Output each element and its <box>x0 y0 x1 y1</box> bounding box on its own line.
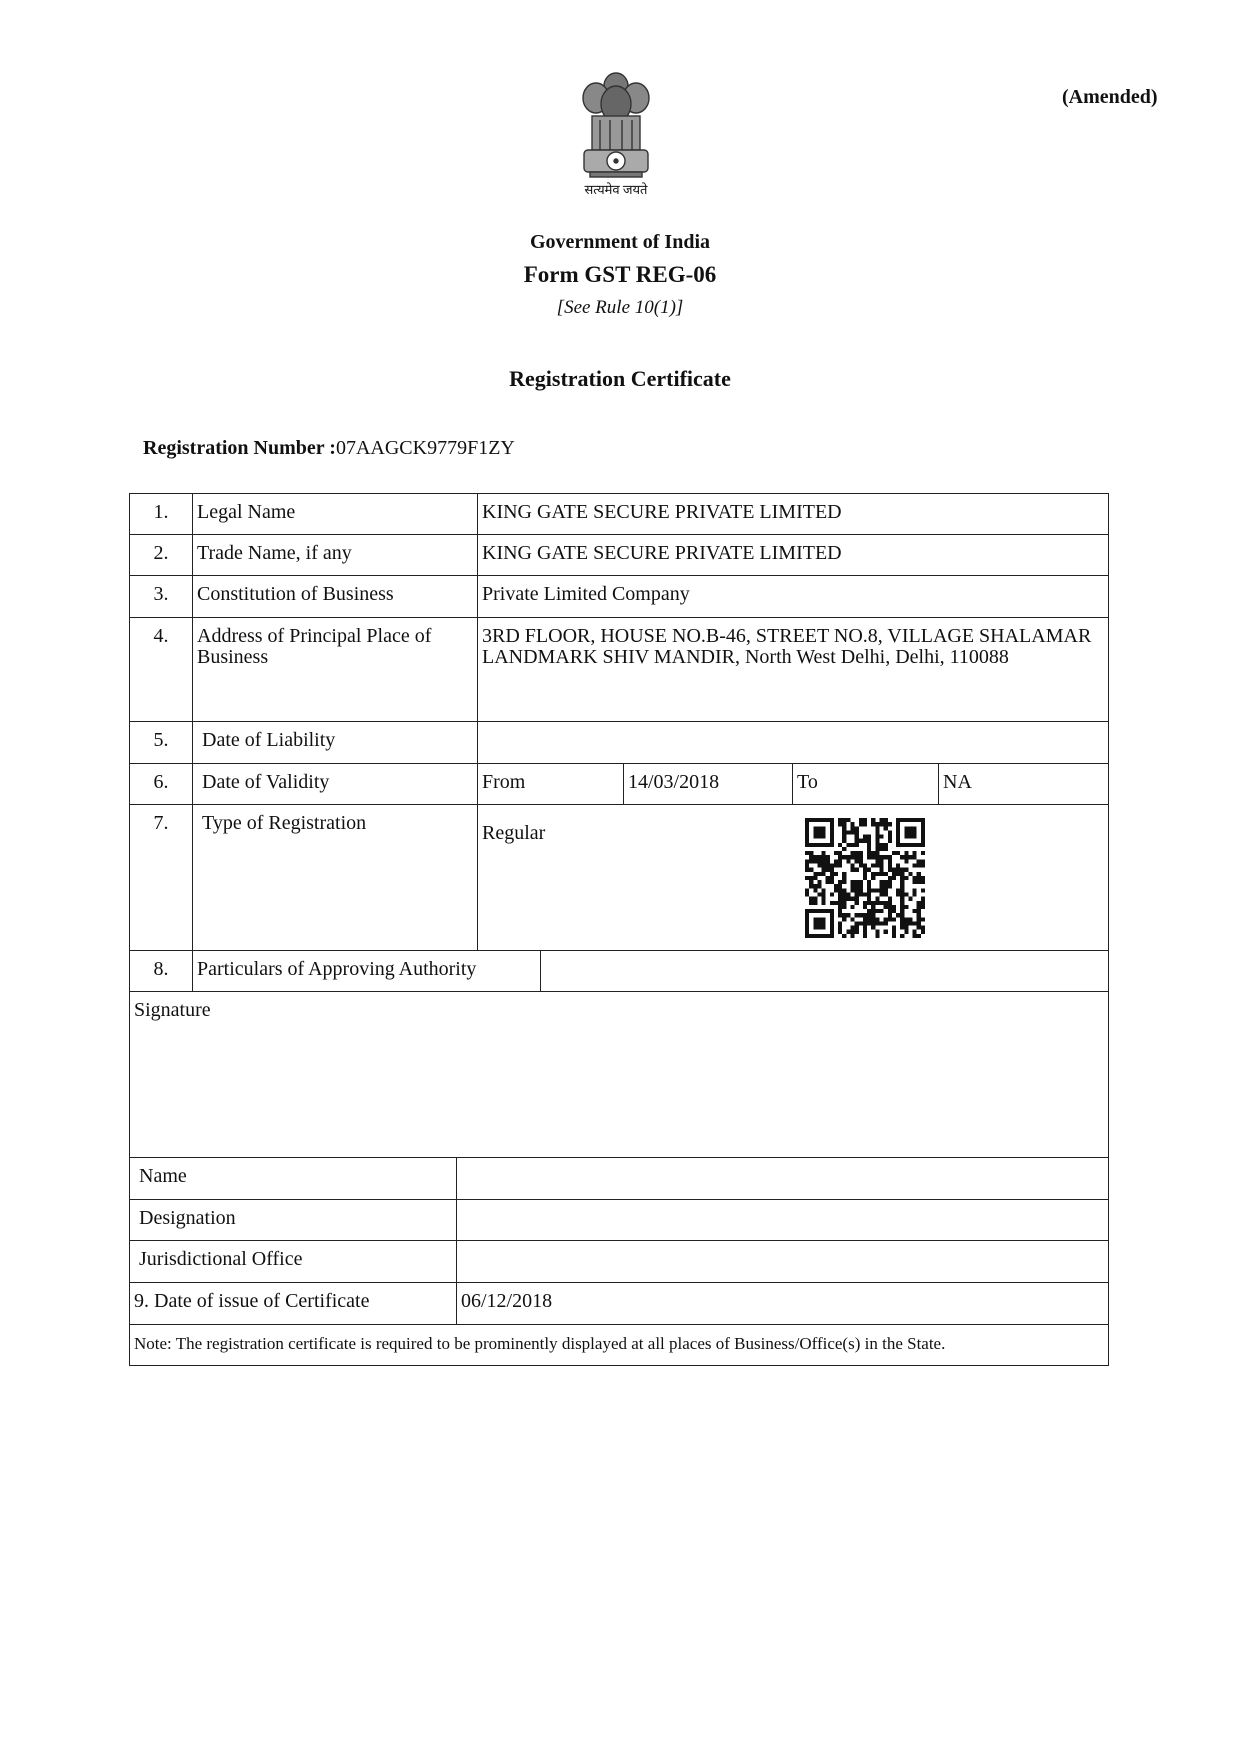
designation-label: Designation <box>129 1199 457 1241</box>
row-number: 2. <box>129 534 193 576</box>
constitution-value: Private Limited Company <box>477 575 1109 618</box>
row-number: 1. <box>129 493 193 535</box>
national-emblem-icon <box>578 64 654 198</box>
amended-label: (Amended) <box>1062 86 1158 109</box>
display-note: Note: The registration certificate is re… <box>129 1324 1109 1366</box>
jurisdictional-office-label: Jurisdictional Office <box>129 1240 457 1283</box>
issue-date-value: 06/12/2018 <box>456 1282 1109 1325</box>
row-number: 4. <box>129 617 193 722</box>
jurisdictional-office-value <box>456 1240 1109 1283</box>
name-label: Name <box>129 1157 457 1200</box>
date-of-liability-label: Date of Liability <box>192 721 478 764</box>
designation-value <box>456 1199 1109 1241</box>
address-label: Address of Principal Place of Business <box>192 617 478 722</box>
validity-from-label: From <box>477 763 624 805</box>
form-title: Form GST REG-06 <box>0 262 1240 288</box>
row-number: 8. <box>129 950 193 992</box>
date-of-liability-value <box>477 721 1109 764</box>
validity-to-value: NA <box>938 763 1109 805</box>
rule-reference: [See Rule 10(1)] <box>0 297 1240 319</box>
row-number: 6. <box>129 763 193 805</box>
legal-name-value: KING GATE SECURE PRIVATE LIMITED <box>477 493 1109 535</box>
date-of-validity-label: Date of Validity <box>192 763 478 805</box>
row-number: 7. <box>129 804 193 951</box>
government-heading: Government of India <box>0 231 1240 254</box>
trade-name-label: Trade Name, if any <box>192 534 478 576</box>
registration-type-label: Type of Registration <box>192 804 478 951</box>
validity-from-value: 14/03/2018 <box>623 763 793 805</box>
signature-box: Signature <box>129 991 1109 1158</box>
approving-authority-label: Particulars of Approving Authority <box>192 950 541 992</box>
approving-authority-value <box>540 950 1109 992</box>
registration-number: Registration Number :07AAGCK9779F1ZY <box>143 437 515 460</box>
validity-to-label: To <box>792 763 939 805</box>
address-value: 3RD FLOOR, HOUSE NO.B-46, STREET NO.8, V… <box>477 617 1109 722</box>
row-number: 5. <box>129 721 193 764</box>
trade-name-value: KING GATE SECURE PRIVATE LIMITED <box>477 534 1109 576</box>
registration-number-label: Registration Number : <box>143 437 336 459</box>
issue-date-label: 9. Date of issue of Certificate <box>129 1282 457 1325</box>
legal-name-label: Legal Name <box>192 493 478 535</box>
emblem-motto: सत्यमेव जयते <box>566 180 666 198</box>
constitution-label: Constitution of Business <box>192 575 478 618</box>
certificate-title: Registration Certificate <box>0 366 1240 392</box>
name-value <box>456 1157 1109 1200</box>
registration-type-value: Regular <box>477 804 1109 951</box>
qr-code-icon <box>804 818 926 938</box>
row-number: 3. <box>129 575 193 618</box>
registration-number-value: 07AAGCK9779F1ZY <box>336 437 515 459</box>
